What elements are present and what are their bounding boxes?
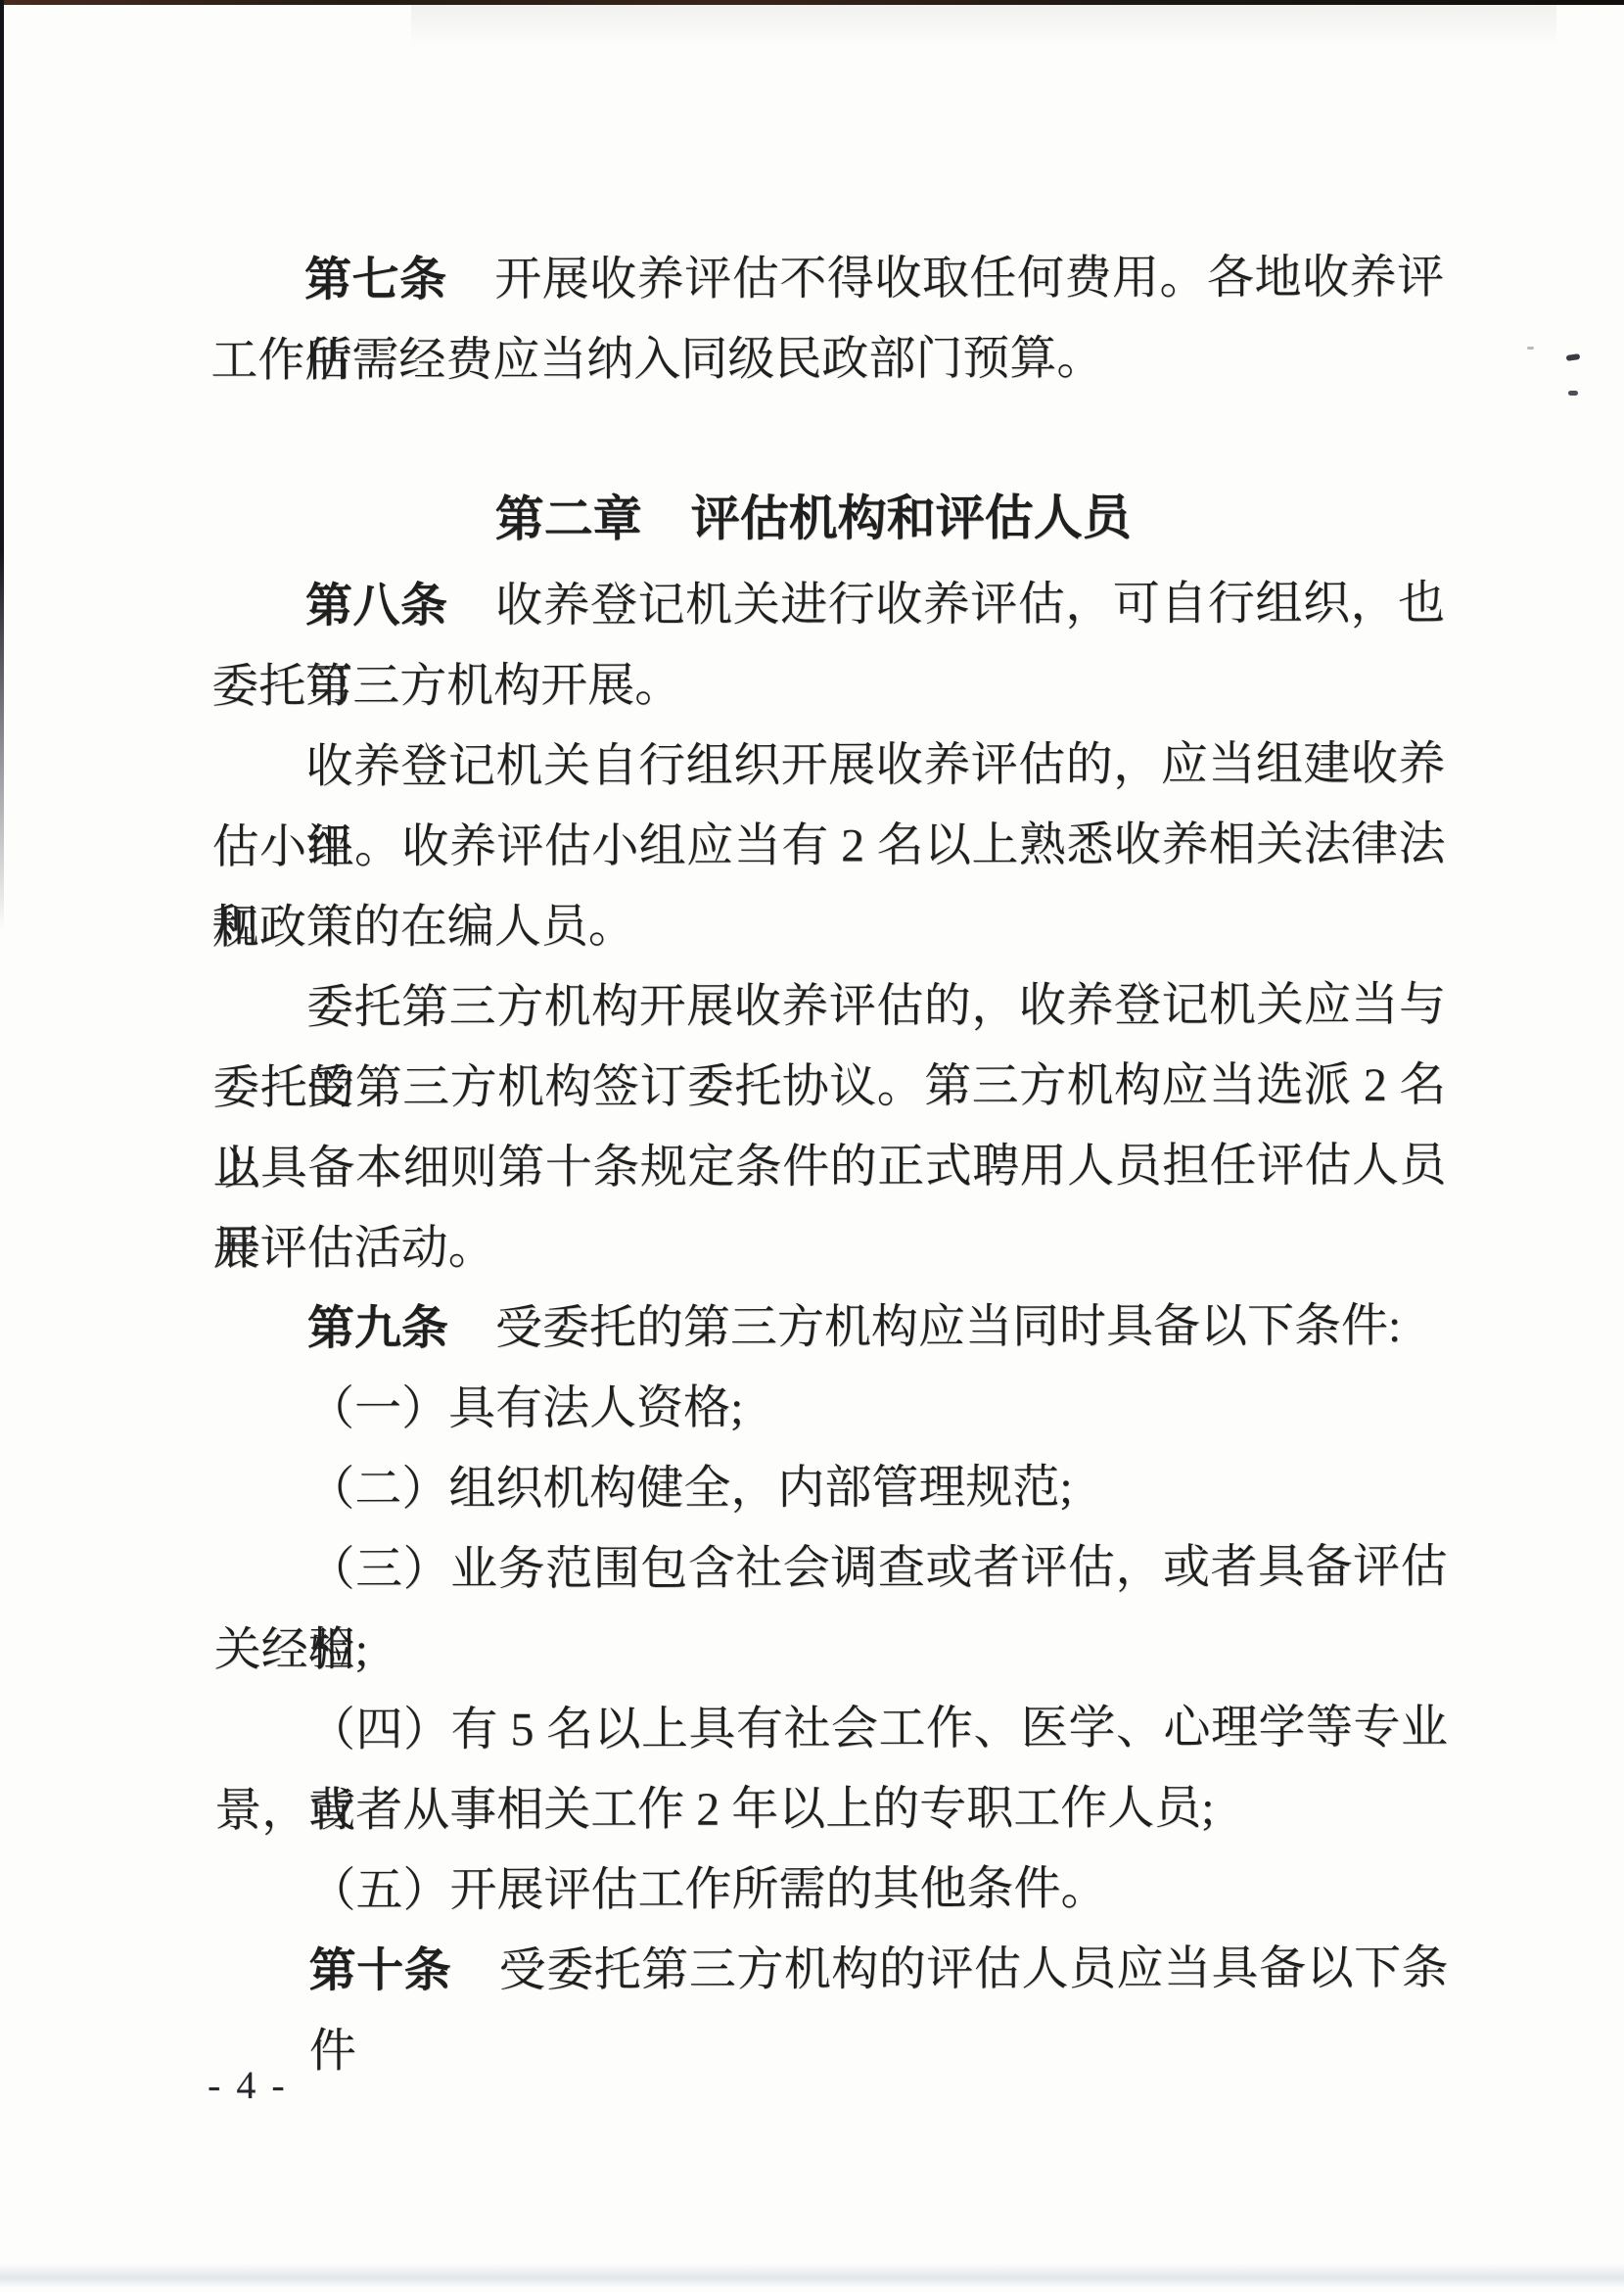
document-body: 第七条 开展收养评估不得收取任何费用。各地收养评估工作所需经费应当纳入同级民政部… [210,238,1449,2012]
article-number: 第八条 [305,580,448,631]
document-line: 关经验; [214,1608,1448,1691]
text-run: 工作所需经费应当纳入同级民政部门预算。 [210,333,1103,387]
document-line: 委托第三方机构开展收养评估的，收养登记机关应当与受 [212,965,1446,1049]
text-run: 受委托的第三方机构应当同时具备以下条件: [448,1300,1401,1355]
document-line: 上具备本细则第十条规定条件的正式聘用人员担任评估人员开 [212,1126,1446,1209]
scan-haze [411,5,1556,46]
text-run: （二）组织机构健全，内部管理规范; [307,1462,1072,1516]
text-run: 关经验; [214,1624,368,1676]
scan-edge-left [0,0,4,1224]
scan-band-bottom [0,2264,1624,2287]
document-line: 估小组。收养评估小组应当有 2 名以上熟悉收养相关法律法规 [212,805,1446,888]
document-line: （四）有 5 名以上具有社会工作、医学、心理学等专业背 [214,1688,1448,1771]
scan-speck [1566,353,1581,361]
document-line: 收养登记机关自行组织开展收养评估的，应当组建收养评 [211,725,1445,808]
article-number: 第二章 评估机构和评估人员 [495,491,1132,547]
chapter-heading: 第二章 评估机构和评估人员 [211,470,1445,567]
document-line: 景，或者从事相关工作 2 年以上的专职工作人员; [214,1768,1448,1851]
article-number: 第七条 [304,254,447,305]
text-run: 景，或者从事相关工作 2 年以上的专职工作人员; [214,1782,1214,1837]
document-line: 第九条 受委托的第三方机构应当同时具备以下条件: [213,1286,1447,1370]
document-line: （五）开展评估工作所需的其他条件。 [214,1848,1448,1932]
document-line: 第十条 受委托第三方机构的评估人员应当具备以下条件 [215,1929,1449,2012]
article-number: 第十条 [309,1944,452,1996]
text-run: 受委托第三方机构的评估人员应当具备以下条件 [309,1942,1449,2078]
text-run: （一）具有法人资格; [307,1382,743,1435]
text-run: 委托第三方机构开展。 [211,660,681,713]
scan-speck [1527,347,1534,350]
scan-speck [1568,391,1578,396]
page-number: - 4 - [208,2066,288,2105]
text-run: （五）开展评估工作所需的其他条件。 [308,1863,1107,1917]
article-number: 第九条 [307,1302,448,1354]
document-line: （二）组织机构健全，内部管理规范; [213,1447,1447,1530]
document-line: 第八条 收养登记机关进行收养评估，可自行组织，也可 [211,564,1445,647]
document-line: 委托的第三方机构签订委托协议。第三方机构应当选派 2 名以 [212,1046,1446,1129]
document-line: 展评估活动。 [213,1206,1447,1289]
document-line: （三）业务范围包含社会调查或者评估，或者具备评估相 [213,1527,1447,1611]
scanned-document-page: 第七条 开展收养评估不得收取任何费用。各地收养评估工作所需经费应当纳入同级民政部… [0,0,1624,2292]
document-line: 工作所需经费应当纳入同级民政部门预算。 [210,318,1444,401]
document-line: 委托第三方机构开展。 [211,644,1445,727]
document-line: 和政策的在编人员。 [212,885,1446,968]
document-line: 第七条 开展收养评估不得收取任何费用。各地收养评估 [210,238,1444,321]
text-run: 和政策的在编人员。 [212,901,635,954]
text-run: 展评估活动。 [213,1222,495,1275]
document-line: （一）具有法人资格; [213,1367,1447,1450]
